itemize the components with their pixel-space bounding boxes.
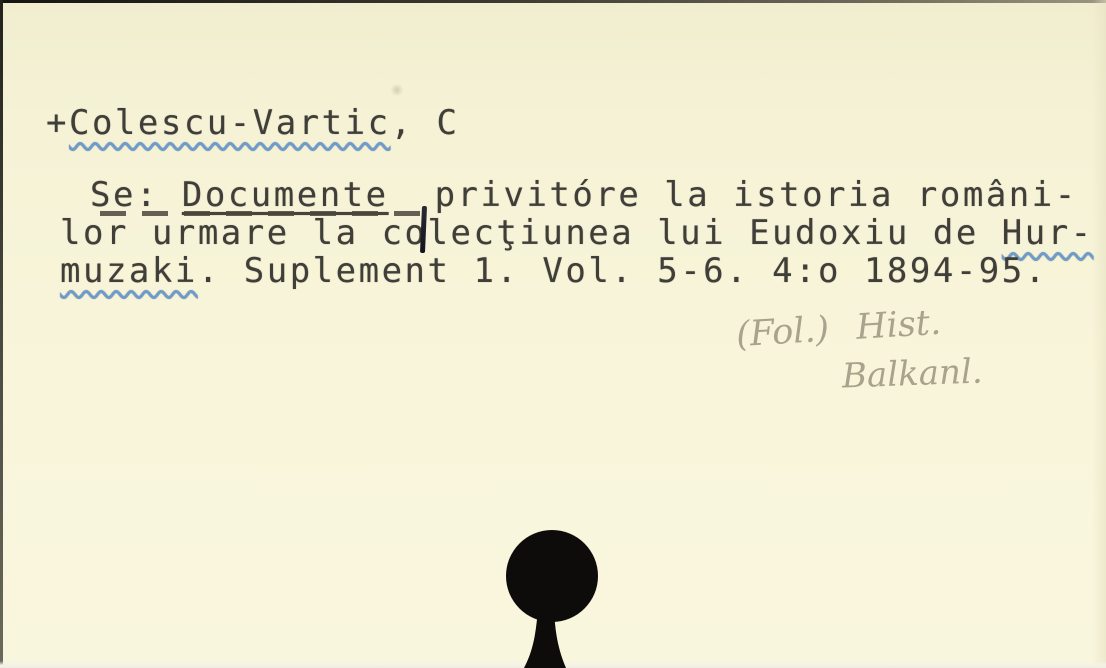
card-left-edge <box>0 0 3 668</box>
card-top-edge <box>0 0 1106 3</box>
catalog-card: +Colescu-Vartic, C Se: Documente privitó… <box>0 0 1106 668</box>
hur-wavy-underlined: Hur- <box>1002 213 1094 253</box>
body-line-2: lor urmare la colecţiunea lui Eudoxiu de… <box>60 216 1094 250</box>
body-line-3-rest: . Suplement 1. Vol. 5-6. 4:o 1894-95. <box>198 251 1048 291</box>
muzaki-wavy-underlined: muzaki <box>60 251 198 291</box>
pencil-annotation-subject: Balkanl. <box>841 352 983 397</box>
author-heading: +Colescu-Vartic, C <box>46 106 459 140</box>
body-line-1: Se: Documente privitóre la istoria român… <box>90 178 1078 212</box>
punch-hole <box>494 525 616 668</box>
heading-suffix: , C <box>391 103 460 143</box>
card-right-edge <box>1092 0 1106 668</box>
author-name-wavy-underlined: Colescu-Vartic <box>69 103 391 143</box>
title-word-underlined: Documente <box>182 175 389 215</box>
body-line-1-rest: privitóre la istoria români- <box>389 175 1078 215</box>
body-line-2-start: lor urmare la co <box>60 213 428 253</box>
paper-smudge <box>390 84 404 96</box>
body-line-3: muzaki. Suplement 1. Vol. 5-6. 4:o 1894-… <box>60 254 1048 288</box>
pencil-annotation-format: (Fol.) Hist. <box>735 303 942 355</box>
see-reference-label: Se: <box>90 175 182 215</box>
body-line-2-middle: lecţiunea lui Eudoxiu de <box>428 213 1002 253</box>
heading-prefix: + <box>46 103 69 143</box>
